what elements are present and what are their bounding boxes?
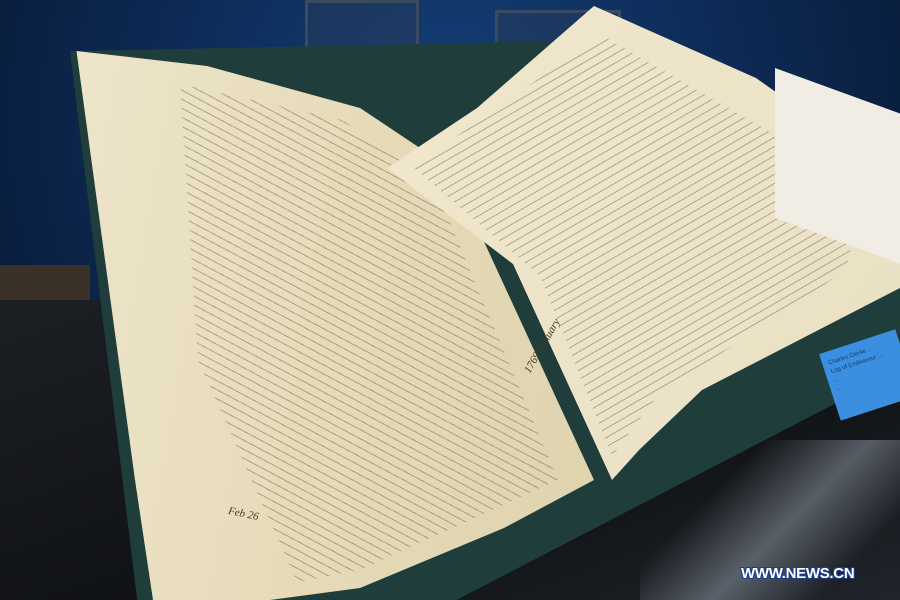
- news-watermark: WWW.NEWS.CN: [741, 565, 854, 582]
